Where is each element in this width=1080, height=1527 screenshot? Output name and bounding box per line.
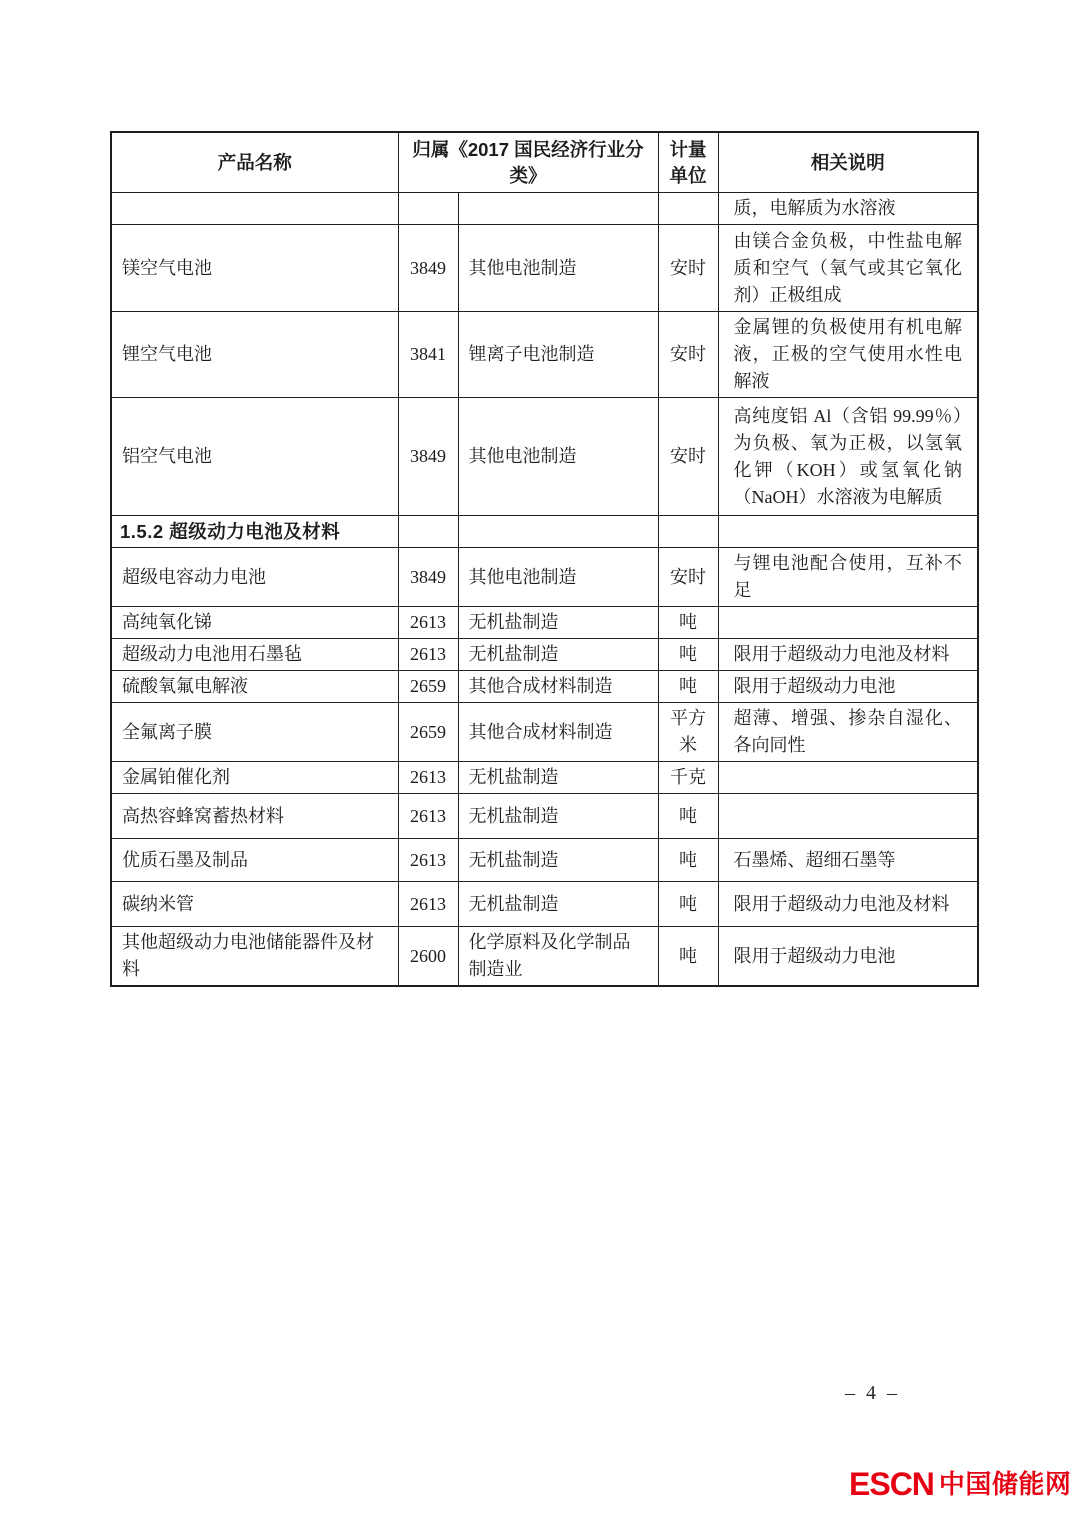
industry-name-cell: 锂离子电池制造: [458, 312, 658, 398]
note-cell: 高纯度铝 Al（含铝 99.99％）为负极、氧为正极，以氢氧化钾（KOH）或氢氧…: [718, 398, 978, 516]
industry-code-cell: 2600: [398, 927, 458, 987]
industry-name-cell: [458, 193, 658, 225]
product-name-cell: 锂空气电池: [111, 312, 398, 398]
industry-name-cell: 无机盐制造: [458, 839, 658, 882]
table-body: 质，电解质为水溶液镁空气电池3849其他电池制造安时由镁合金负极，中性盐电解质和…: [111, 193, 978, 987]
product-name-cell: 超级动力电池用石墨毡: [111, 639, 398, 671]
table-row: 锂空气电池3841锂离子电池制造安时金属锂的负极使用有机电解液，正极的空气使用水…: [111, 312, 978, 398]
product-name-cell: 金属铂催化剂: [111, 762, 398, 794]
note-cell: 超薄、增强、掺杂自湿化、各向同性: [718, 703, 978, 762]
unit-cell: 安时: [658, 548, 718, 607]
unit-cell: 吨: [658, 794, 718, 839]
unit-cell: 千克: [658, 762, 718, 794]
note-cell: 由镁合金负极，中性盐电解质和空气（氧气或其它氧化剂）正极组成: [718, 225, 978, 312]
industry-code-cell: 2613: [398, 762, 458, 794]
industry-name-cell: 化学原料及化学制品制造业: [458, 927, 658, 987]
unit-cell: 吨: [658, 607, 718, 639]
note-cell: [718, 607, 978, 639]
product-name-cell: 高纯氧化锑: [111, 607, 398, 639]
unit-cell: [658, 193, 718, 225]
page-number: – 4 –: [845, 1382, 900, 1405]
table-row: 镁空气电池3849其他电池制造安时由镁合金负极，中性盐电解质和空气（氧气或其它氧…: [111, 225, 978, 312]
note-cell: 限用于超级动力电池: [718, 671, 978, 703]
escn-logo-cjk: 中国储能网: [939, 1471, 1072, 1497]
industry-code-cell: 2613: [398, 607, 458, 639]
note-cell: [718, 794, 978, 839]
industry-code-cell: 2613: [398, 839, 458, 882]
product-name-cell: 超级电容动力电池: [111, 548, 398, 607]
table-row: 高纯氧化锑2613无机盐制造吨: [111, 607, 978, 639]
unit-cell: 吨: [658, 882, 718, 927]
note-cell: 限用于超级动力电池: [718, 927, 978, 987]
industry-code-cell: 3849: [398, 548, 458, 607]
table-row: 碳纳米管2613无机盐制造吨限用于超级动力电池及材料: [111, 882, 978, 927]
table-row: 高热容蜂窝蓄热材料2613无机盐制造吨: [111, 794, 978, 839]
header-unit: 计量单位: [658, 132, 718, 193]
product-name-cell: 碳纳米管: [111, 882, 398, 927]
unit-cell: 吨: [658, 639, 718, 671]
industry-code-cell: 2613: [398, 639, 458, 671]
note-cell: 与锂电池配合使用，互补不足: [718, 548, 978, 607]
note-cell: 限用于超级动力电池及材料: [718, 882, 978, 927]
product-name-cell: 全氟离子膜: [111, 703, 398, 762]
table-row: 其他超级动力电池储能器件及材料2600化学原料及化学制品制造业吨限用于超级动力电…: [111, 927, 978, 987]
note-cell: 金属锂的负极使用有机电解液，正极的空气使用水性电解液: [718, 312, 978, 398]
industry-name-cell: 无机盐制造: [458, 639, 658, 671]
table-header: 产品名称 归属《2017 国民经济行业分类》 计量单位 相关说明: [111, 132, 978, 193]
table-row: 铝空气电池3849其他电池制造安时高纯度铝 Al（含铝 99.99％）为负极、氧…: [111, 398, 978, 516]
industry-code-cell: 3849: [398, 225, 458, 312]
product-name-cell: 高热容蜂窝蓄热材料: [111, 794, 398, 839]
product-name-cell: [111, 193, 398, 225]
header-product-name: 产品名称: [111, 132, 398, 193]
table-row: 金属铂催化剂2613无机盐制造千克: [111, 762, 978, 794]
industry-code-cell: 2613: [398, 882, 458, 927]
unit-cell: 安时: [658, 398, 718, 516]
industry-name-cell: 无机盐制造: [458, 762, 658, 794]
product-name-cell: 优质石墨及制品: [111, 839, 398, 882]
table-row: 超级电容动力电池3849其他电池制造安时与锂电池配合使用，互补不足: [111, 548, 978, 607]
industry-code-cell: 2613: [398, 794, 458, 839]
industry-code-cell: 3841: [398, 312, 458, 398]
industry-code-cell: 3849: [398, 398, 458, 516]
product-name-cell: 铝空气电池: [111, 398, 398, 516]
note-cell: [718, 516, 978, 548]
industry-name-cell: 无机盐制造: [458, 794, 658, 839]
industry-code-cell: [398, 516, 458, 548]
product-classification-table: 产品名称 归属《2017 国民经济行业分类》 计量单位 相关说明 质，电解质为水…: [110, 131, 979, 987]
unit-cell: 吨: [658, 671, 718, 703]
header-industry-classification: 归属《2017 国民经济行业分类》: [398, 132, 658, 193]
unit-cell: 安时: [658, 312, 718, 398]
note-cell: [718, 762, 978, 794]
industry-code-cell: 2659: [398, 671, 458, 703]
industry-name-cell: 其他电池制造: [458, 225, 658, 312]
escn-logo-latin: ESCN: [849, 1468, 934, 1500]
table-row: 优质石墨及制品2613无机盐制造吨石墨烯、超细石墨等: [111, 839, 978, 882]
industry-name-cell: 无机盐制造: [458, 607, 658, 639]
note-cell: 质，电解质为水溶液: [718, 193, 978, 225]
product-name-cell: 1.5.2 超级动力电池及材料: [111, 516, 398, 548]
escn-logo: ESCN 中国储能网: [849, 1468, 1071, 1500]
table-row: 超级动力电池用石墨毡2613无机盐制造吨限用于超级动力电池及材料: [111, 639, 978, 671]
product-name-cell: 其他超级动力电池储能器件及材料: [111, 927, 398, 987]
industry-name-cell: 其他电池制造: [458, 548, 658, 607]
industry-name-cell: 无机盐制造: [458, 882, 658, 927]
industry-name-cell: 其他合成材料制造: [458, 703, 658, 762]
table-row: 质，电解质为水溶液: [111, 193, 978, 225]
unit-cell: [658, 516, 718, 548]
header-row: 产品名称 归属《2017 国民经济行业分类》 计量单位 相关说明: [111, 132, 978, 193]
table-row: 全氟离子膜2659其他合成材料制造平方米超薄、增强、掺杂自湿化、各向同性: [111, 703, 978, 762]
unit-cell: 平方米: [658, 703, 718, 762]
note-cell: 石墨烯、超细石墨等: [718, 839, 978, 882]
industry-name-cell: 其他电池制造: [458, 398, 658, 516]
product-name-cell: 镁空气电池: [111, 225, 398, 312]
product-name-cell: 硫酸氧氟电解液: [111, 671, 398, 703]
unit-cell: 吨: [658, 927, 718, 987]
industry-code-cell: [398, 193, 458, 225]
industry-code-cell: 2659: [398, 703, 458, 762]
industry-name-cell: [458, 516, 658, 548]
document-page: 产品名称 归属《2017 国民经济行业分类》 计量单位 相关说明 质，电解质为水…: [0, 0, 1080, 1527]
unit-cell: 吨: [658, 839, 718, 882]
header-note: 相关说明: [718, 132, 978, 193]
table-row: 硫酸氧氟电解液2659其他合成材料制造吨限用于超级动力电池: [111, 671, 978, 703]
note-cell: 限用于超级动力电池及材料: [718, 639, 978, 671]
unit-cell: 安时: [658, 225, 718, 312]
section-row: 1.5.2 超级动力电池及材料: [111, 516, 978, 548]
industry-name-cell: 其他合成材料制造: [458, 671, 658, 703]
